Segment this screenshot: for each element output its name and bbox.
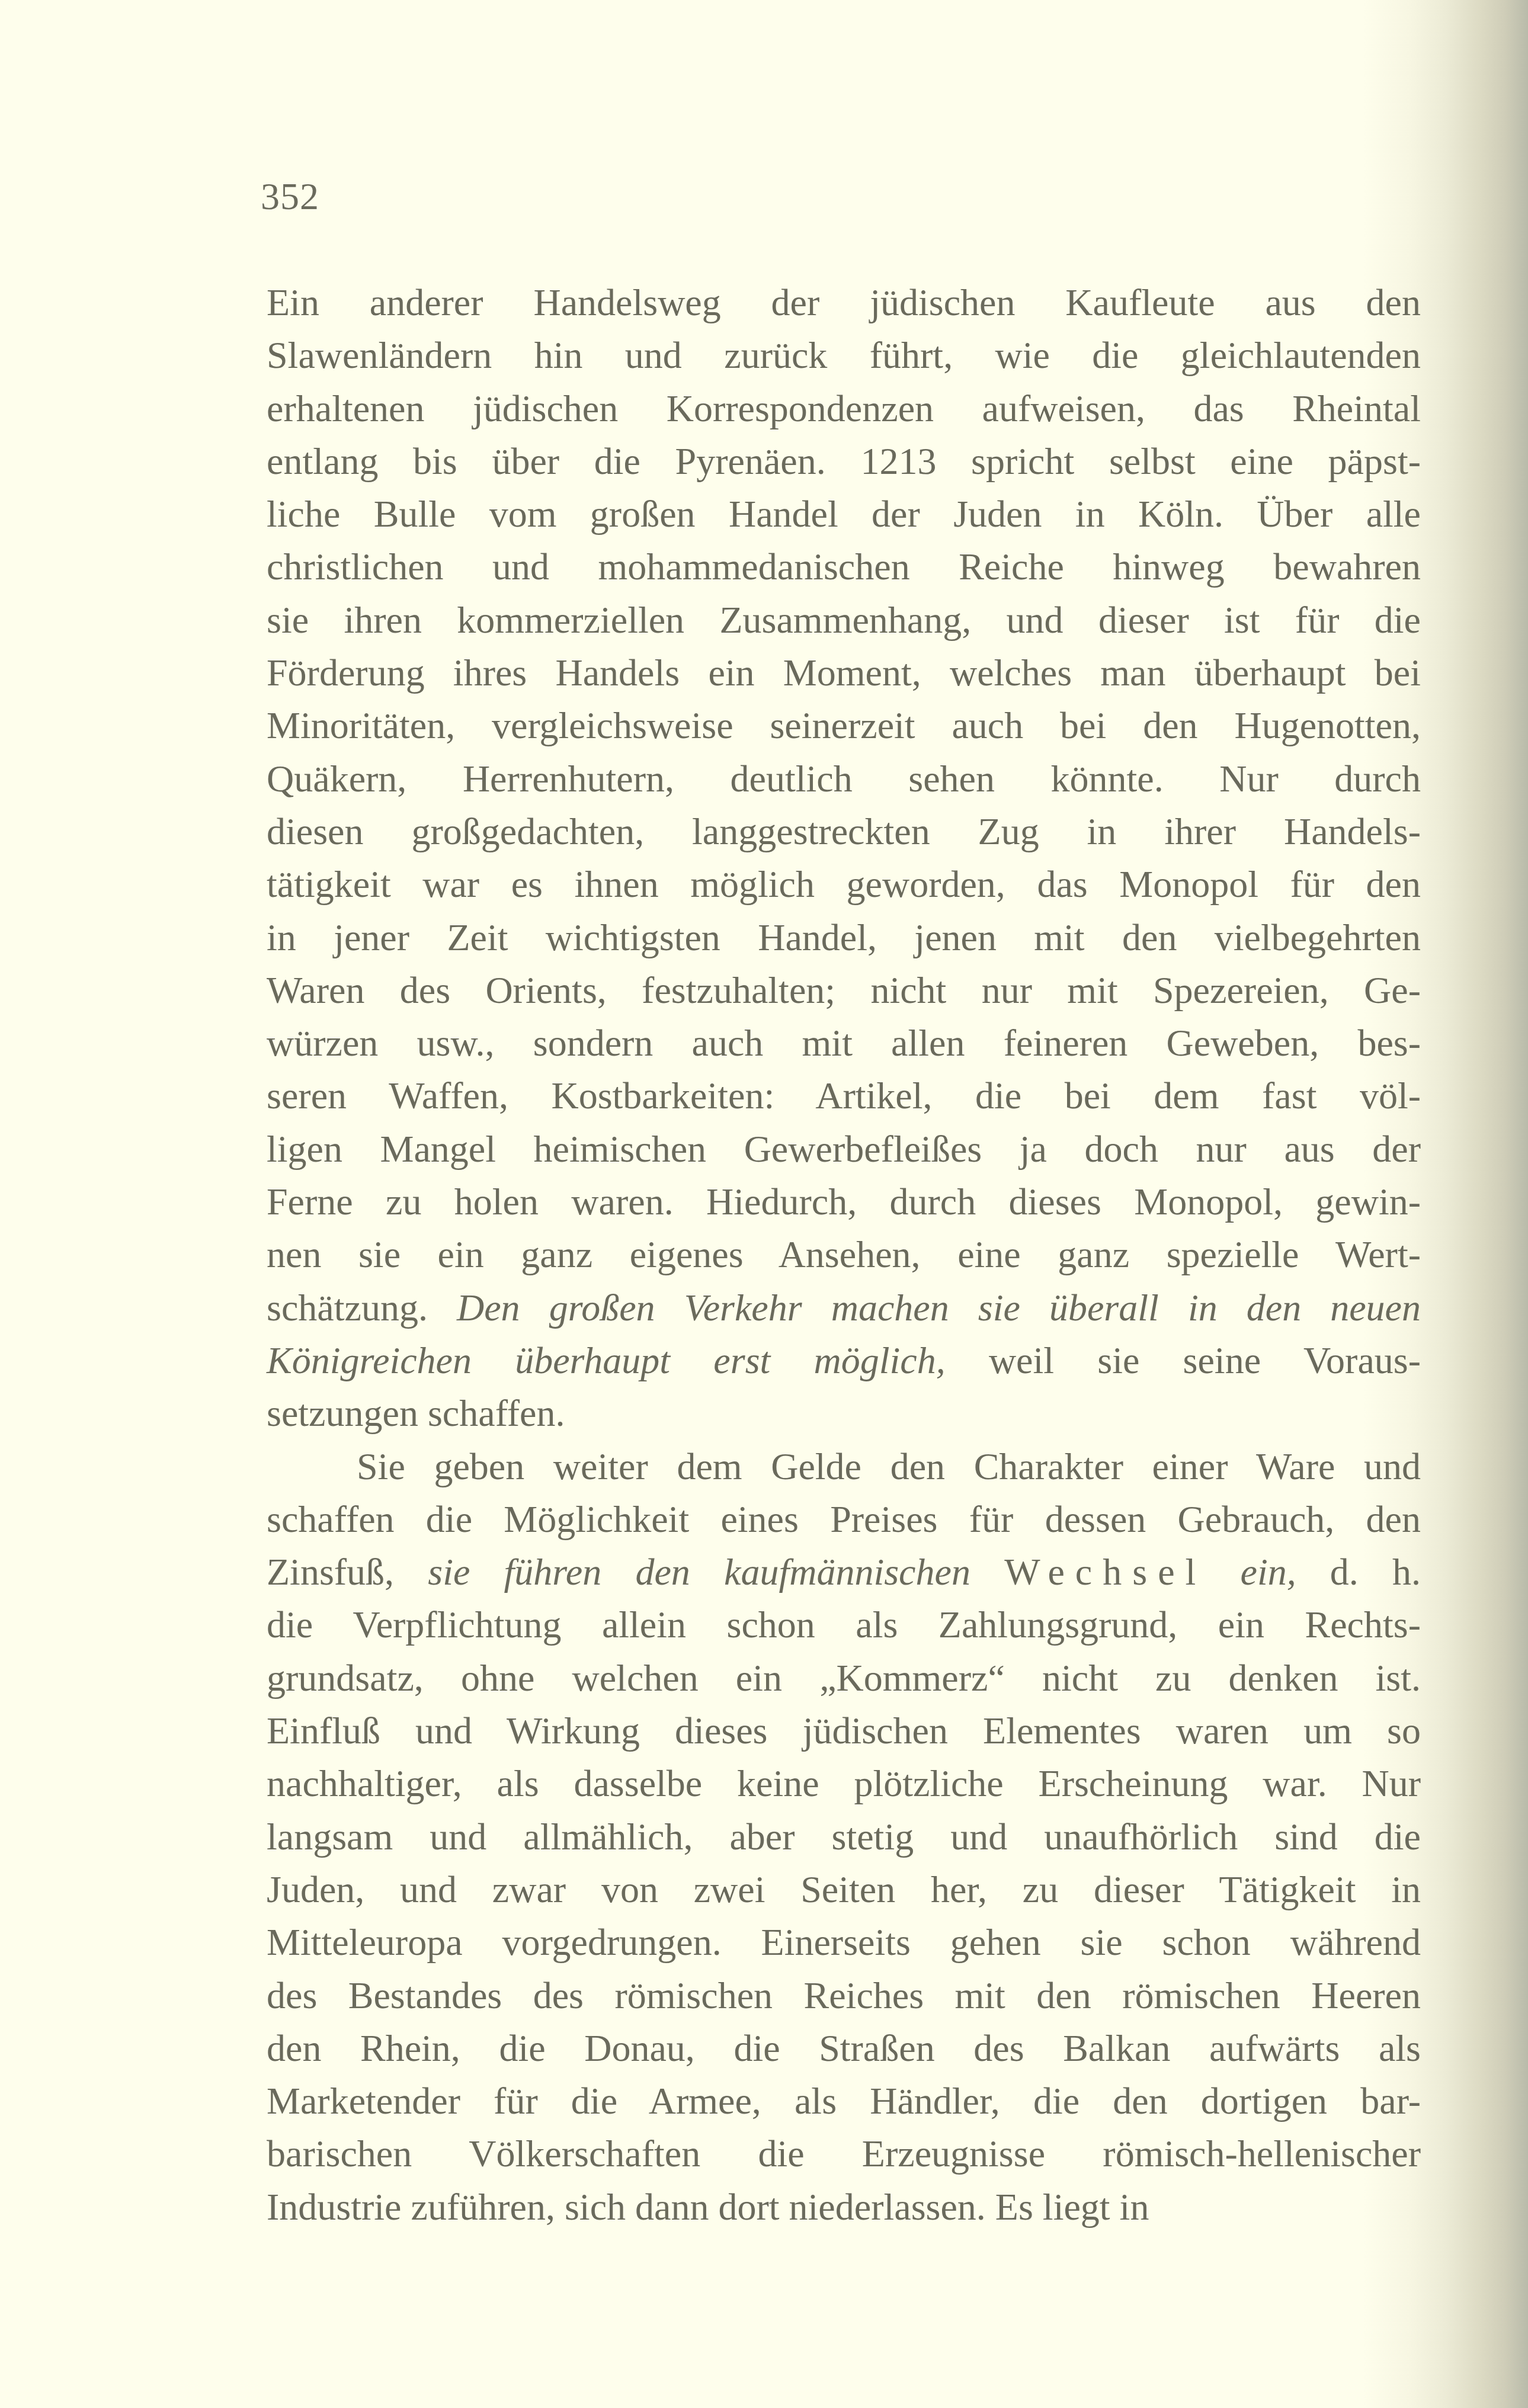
text-run: d. h. [1296, 1551, 1421, 1593]
page-number: 352 [261, 178, 319, 216]
text-run: Mitteleuropa vorgedrungen. Einerseits ge… [267, 1921, 1421, 1963]
text-line: Juden, und zwar von zwei Seiten her, zu … [267, 1863, 1421, 1916]
text-line: Waren des Orients, festzuhalten; nicht n… [267, 964, 1421, 1017]
text-line: die Verpflichtung allein schon als Zahlu… [267, 1598, 1421, 1651]
text-run: langsam und allmählich, aber stetig und … [267, 1816, 1421, 1858]
text-run: Minoritäten, vergleichsweise seinerzeit … [267, 704, 1421, 746]
text-run [1206, 1551, 1240, 1593]
text-run: entlang bis über die Pyrenäen. 1213 spri… [267, 440, 1421, 482]
text-run: diesen großgedachten, langgestreckten Zu… [267, 810, 1421, 852]
text-run: Marketender für die Armee, als Händler, … [267, 2080, 1421, 2122]
text-line: Industrie zuführen, sich dann dort niede… [267, 2181, 1421, 2233]
text-line: diesen großgedachten, langgestreckten Zu… [267, 805, 1421, 858]
text-line: liche Bulle vom großen Handel der Juden … [267, 488, 1421, 540]
text-line: Ferne zu holen waren. Hiedurch, durch di… [267, 1175, 1421, 1228]
text-run: würzen usw., sondern auch mit allen fein… [267, 1022, 1421, 1064]
text-line: Förderung ihres Handels ein Moment, welc… [267, 646, 1421, 699]
text-line: langsam und allmählich, aber stetig und … [267, 1810, 1421, 1863]
text-line: ligen Mangel heimischen Gewerbefleißes j… [267, 1123, 1421, 1175]
spaced-text: Wechsel [1004, 1551, 1206, 1593]
text-run: Ein anderer Handelsweg der jüdischen Kau… [267, 281, 1421, 323]
text-run: Einfluß und Wirkung dieses jüdischen Ele… [267, 1710, 1421, 1752]
text-line: schätzung. Den großen Verkehr machen sie… [267, 1281, 1421, 1334]
text-line: setzungen schaffen. [267, 1387, 1421, 1439]
italic-text: Den großen Verkehr machen sie überall in… [457, 1287, 1421, 1329]
text-run: Slawenländern hin und zurück führt, wie … [267, 334, 1421, 376]
text-run: erhaltenen jüdischen Korrespondenzen auf… [267, 387, 1421, 429]
text-line: erhaltenen jüdischen Korrespondenzen auf… [267, 382, 1421, 435]
text-run: des Bestandes des römischen Reiches mit … [267, 1974, 1421, 2016]
text-run: Juden, und zwar von zwei Seiten her, zu … [267, 1868, 1421, 1910]
text-line: Einfluß und Wirkung dieses jüdischen Ele… [267, 1704, 1421, 1757]
text-line: Zinsfuß, sie führen den kaufmännischen W… [267, 1546, 1421, 1598]
text-run: Quäkern, Herrenhutern, deutlich sehen kö… [267, 758, 1421, 800]
text-line: Quäkern, Herrenhutern, deutlich sehen kö… [267, 752, 1421, 805]
italic-text: Königreichen überhaupt erst möglich, [267, 1339, 946, 1381]
text-line: Slawenländern hin und zurück führt, wie … [267, 329, 1421, 381]
italic-text: ein, [1241, 1551, 1296, 1593]
text-line: sie ihren kommerziellen Zusammenhang, un… [267, 594, 1421, 646]
paragraph: Sie geben weiter dem Gelde den Charakter… [267, 1440, 1421, 2233]
text-line: nen sie ein ganz eigenes Ansehen, eine g… [267, 1228, 1421, 1281]
text-line: entlang bis über die Pyrenäen. 1213 spri… [267, 435, 1421, 488]
text-line: in jener Zeit wichtigsten Handel, jenen … [267, 911, 1421, 964]
text-run: in jener Zeit wichtigsten Handel, jenen … [267, 916, 1421, 958]
text-line: seren Waffen, Kostbarkeiten: Artikel, di… [267, 1069, 1421, 1122]
text-line: würzen usw., sondern auch mit allen fein… [267, 1017, 1421, 1069]
text-run: barischen Völkerschaften die Erzeugnisse… [267, 2133, 1421, 2175]
text-run: christlichen und mohammedanischen Reiche… [267, 546, 1421, 588]
text-line: Ein anderer Handelsweg der jüdischen Kau… [267, 276, 1421, 329]
text-run: die Verpflichtung allein schon als Zahlu… [267, 1604, 1421, 1646]
text-line: Minoritäten, vergleichsweise seinerzeit … [267, 699, 1421, 752]
text-line: den Rhein, die Donau, die Straßen des Ba… [267, 2022, 1421, 2074]
text-run: schätzung. [267, 1287, 457, 1329]
text-run: nen sie ein ganz eigenes Ansehen, eine g… [267, 1233, 1421, 1275]
text-run: den Rhein, die Donau, die Straßen des Ba… [267, 2027, 1421, 2069]
text-run: schaffen die Möglichkeit eines Preises f… [267, 1498, 1421, 1540]
text-run: ligen Mangel heimischen Gewerbefleißes j… [267, 1128, 1421, 1170]
text-line: nachhaltiger, als dasselbe keine plötzli… [267, 1757, 1421, 1810]
text-run: sie ihren kommerziellen Zusammenhang, un… [267, 599, 1421, 641]
text-line: des Bestandes des römischen Reiches mit … [267, 1969, 1421, 2022]
text-run: Sie geben weiter dem Gelde den Charakter… [357, 1445, 1421, 1487]
text-run: seren Waffen, Kostbarkeiten: Artikel, di… [267, 1075, 1421, 1117]
text-run: liche Bulle vom großen Handel der Juden … [267, 493, 1421, 535]
text-line: christlichen und mohammedanischen Reiche… [267, 540, 1421, 593]
text-line: schaffen die Möglichkeit eines Preises f… [267, 1493, 1421, 1546]
text-line: Königreichen überhaupt erst möglich, wei… [267, 1334, 1421, 1387]
text-run: weil sie seine Voraus- [946, 1339, 1421, 1381]
text-line: Marketender für die Armee, als Händler, … [267, 2074, 1421, 2127]
text-run: Waren des Orients, festzuhalten; nicht n… [267, 969, 1421, 1011]
italic-text: sie führen den kaufmännischen [428, 1551, 970, 1593]
text-run: Ferne zu holen waren. Hiedurch, durch di… [267, 1181, 1421, 1223]
text-run: tätigkeit war es ihnen möglich geworden,… [267, 863, 1421, 905]
text-run: Förderung ihres Handels ein Moment, welc… [267, 652, 1421, 694]
text-run: nachhaltiger, als dasselbe keine plötzli… [267, 1762, 1421, 1804]
text-line: Sie geben weiter dem Gelde den Charakter… [267, 1440, 1421, 1493]
text-run: setzungen schaffen. [267, 1392, 565, 1434]
text-line: tätigkeit war es ihnen möglich geworden,… [267, 858, 1421, 910]
text-run: Zinsfuß, [267, 1551, 428, 1593]
text-line: barischen Völkerschaften die Erzeugnisse… [267, 2127, 1421, 2180]
body-text: Ein anderer Handelsweg der jüdischen Kau… [267, 276, 1421, 2233]
text-run: Industrie zuführen, sich dann dort niede… [267, 2186, 1149, 2228]
text-run [970, 1551, 1004, 1593]
text-line: Mitteleuropa vorgedrungen. Einerseits ge… [267, 1916, 1421, 1968]
text-run: grundsatz, ohne welchen ein „Kommerz“ ni… [267, 1657, 1421, 1699]
text-line: grundsatz, ohne welchen ein „Kommerz“ ni… [267, 1652, 1421, 1704]
paragraph: Ein anderer Handelsweg der jüdischen Kau… [267, 276, 1421, 1440]
